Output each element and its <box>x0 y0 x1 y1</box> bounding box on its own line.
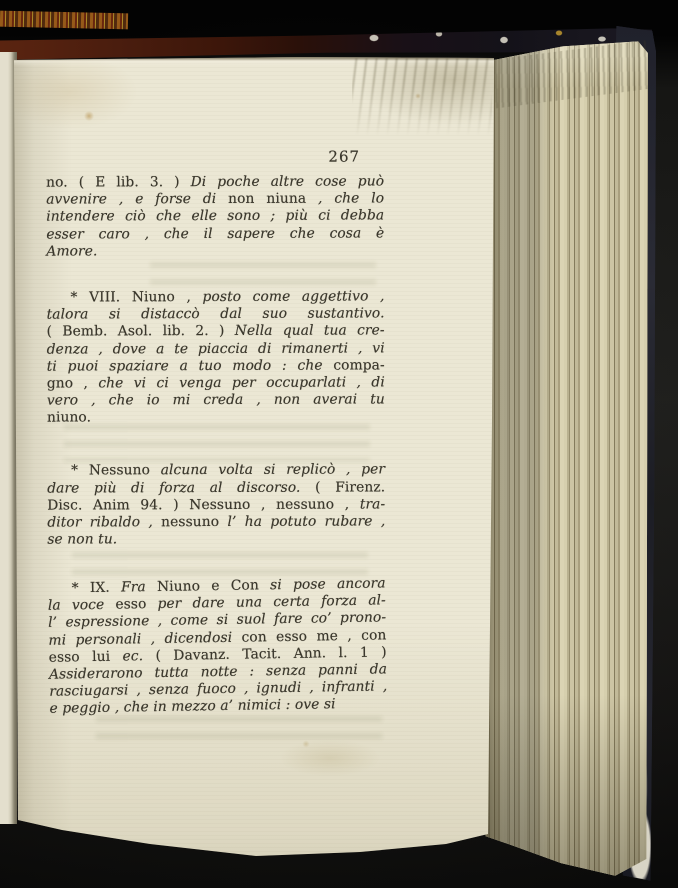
text-segment: la voce <box>48 597 116 614</box>
text-segment: ( Firenz. <box>315 479 385 495</box>
text-segment: ditor ribaldo , <box>47 514 161 530</box>
text-segment: se non tu. <box>47 532 117 548</box>
headband-stripes <box>0 11 128 30</box>
text-segment: vero , che io mi creda , non averai tu <box>47 391 385 408</box>
text-segment: Di poche altre cose può <box>191 173 385 190</box>
text-segment: mi personali , dicendosi <box>48 630 241 649</box>
page-number: 267 <box>328 147 360 165</box>
text-line: niuno. <box>47 409 385 427</box>
text-segment: Nella qual tua cre- <box>235 323 385 340</box>
text-segment: * IX. <box>72 580 122 597</box>
text-line: Disc. Anim 94. ) Nessuno , nessuno , tra… <box>47 496 385 514</box>
facing-page-edge <box>0 52 17 824</box>
text-segment: si pose ancora <box>270 576 386 594</box>
paragraph-viii-niuno: * VIII. Niuno , posto come aggettivo ,ta… <box>46 288 384 427</box>
text-line: no. ( E lib. 3. ) Di poche altre cose pu… <box>46 173 384 191</box>
text-segment: compa- <box>333 357 384 373</box>
text-segment: ( Bemb. Asol. lib. 2. ) <box>47 323 235 340</box>
text-segment: * VIII. Niuno , <box>70 289 202 305</box>
text-segment: denza , dove a te piaccia di rimanerti ,… <box>47 340 385 357</box>
text-segment: Niuno e Con <box>157 578 270 596</box>
text-segment: Amore. <box>46 243 97 259</box>
text-line: * VIII. Niuno , posto come aggettivo , <box>46 288 384 306</box>
text-line: * Nessuno alcuna volta si replicò , per <box>47 462 385 480</box>
text-segment: intendere ciò che elle sono ; più ci deb… <box>46 208 384 225</box>
text-line: vero , che io mi creda , non averai tu <box>47 391 385 409</box>
text-line: esser caro , che il sapere che cosa è <box>46 225 384 243</box>
text-segment: alcuna volta si replicò , per <box>161 462 385 479</box>
fore-edge-pages <box>484 38 648 880</box>
text-line: dare più di forza al discorso. ( Firenz. <box>47 479 385 497</box>
text-line: intendere ciò che elle sono ; più ci deb… <box>46 208 384 226</box>
text-segment: dare più di forza al discorso. <box>47 479 315 496</box>
text-segment: , che lo <box>306 191 384 207</box>
text-line: Amore. <box>46 242 384 260</box>
text-line: ditor ribaldo , nessuno l’ ha potuto rub… <box>47 513 385 531</box>
text-block-paragraphs: no. ( E lib. 3. ) Di poche altre cose pu… <box>46 173 386 714</box>
text-segment: posto come aggettivo , <box>203 288 385 305</box>
text-segment: ti puoi spaziare a tuo modo : che <box>47 357 334 374</box>
text-line: se non tu. <box>47 531 385 549</box>
text-segment: esso lui <box>49 649 123 666</box>
paragraph-ix-fra-niuno-e-con: * IX. Fra Niuno e Con si pose ancorala v… <box>48 576 388 719</box>
text-line: avvenire , e forse di non niuna , che lo <box>46 191 384 209</box>
text-line: gno , che vi ci venga per occuparlati , … <box>47 374 385 392</box>
text-segment: non niuna <box>228 191 306 207</box>
text-segment: che vi ci venga per occuparlati , di <box>98 374 385 391</box>
text-line: talora si distaccò dal suo sustantivo. <box>47 306 385 324</box>
text-line: denza , dove a te piaccia di rimanerti ,… <box>47 340 385 358</box>
text-segment: no. ( E lib. 3. ) <box>46 174 191 191</box>
text-segment: Fra <box>121 579 157 596</box>
text-segment: talora si distaccò dal suo sustantivo. <box>47 306 385 323</box>
text-segment: con esso me , con <box>241 627 386 645</box>
text-segment: tra- <box>360 496 385 512</box>
text-line: ( Bemb. Asol. lib. 2. ) Nella qual tua c… <box>47 323 385 341</box>
page-curl-shadow <box>352 58 492 136</box>
text-segment: avvenire , e forse di <box>46 191 228 208</box>
text-line: ti puoi spaziare a tuo modo : che compa- <box>47 357 385 375</box>
text-segment: e peggio , che in mezzo a’ nimici : ove … <box>49 697 335 717</box>
text-block: 267 no. ( E lib. 3. ) Di poche altre cos… <box>46 147 384 148</box>
text-segment: gno , <box>47 375 99 391</box>
text-segment: Disc. Anim 94. ) Nessuno , nessuno , <box>47 496 360 513</box>
text-line: e peggio , che in mezzo a’ nimici : ove … <box>49 696 387 718</box>
text-segment: * Nessuno <box>71 463 161 479</box>
show-through-text <box>96 716 382 740</box>
text-segment: esso <box>115 597 157 614</box>
text-segment: ec. <box>122 648 155 665</box>
text-segment: l’ ha potuto rubare , <box>227 513 385 530</box>
text-segment: nessuno <box>161 514 227 530</box>
paragraph-nessuno: * Nessuno alcuna volta si replicò , perd… <box>47 462 385 549</box>
text-segment: esser caro , che il sapere che cosa è <box>46 225 384 242</box>
book-photo: 267 no. ( E lib. 3. ) Di poche altre cos… <box>0 0 678 888</box>
text-segment: niuno. <box>47 410 91 426</box>
paragraph-lib3-quote: no. ( E lib. 3. ) Di poche altre cose pu… <box>46 173 384 260</box>
